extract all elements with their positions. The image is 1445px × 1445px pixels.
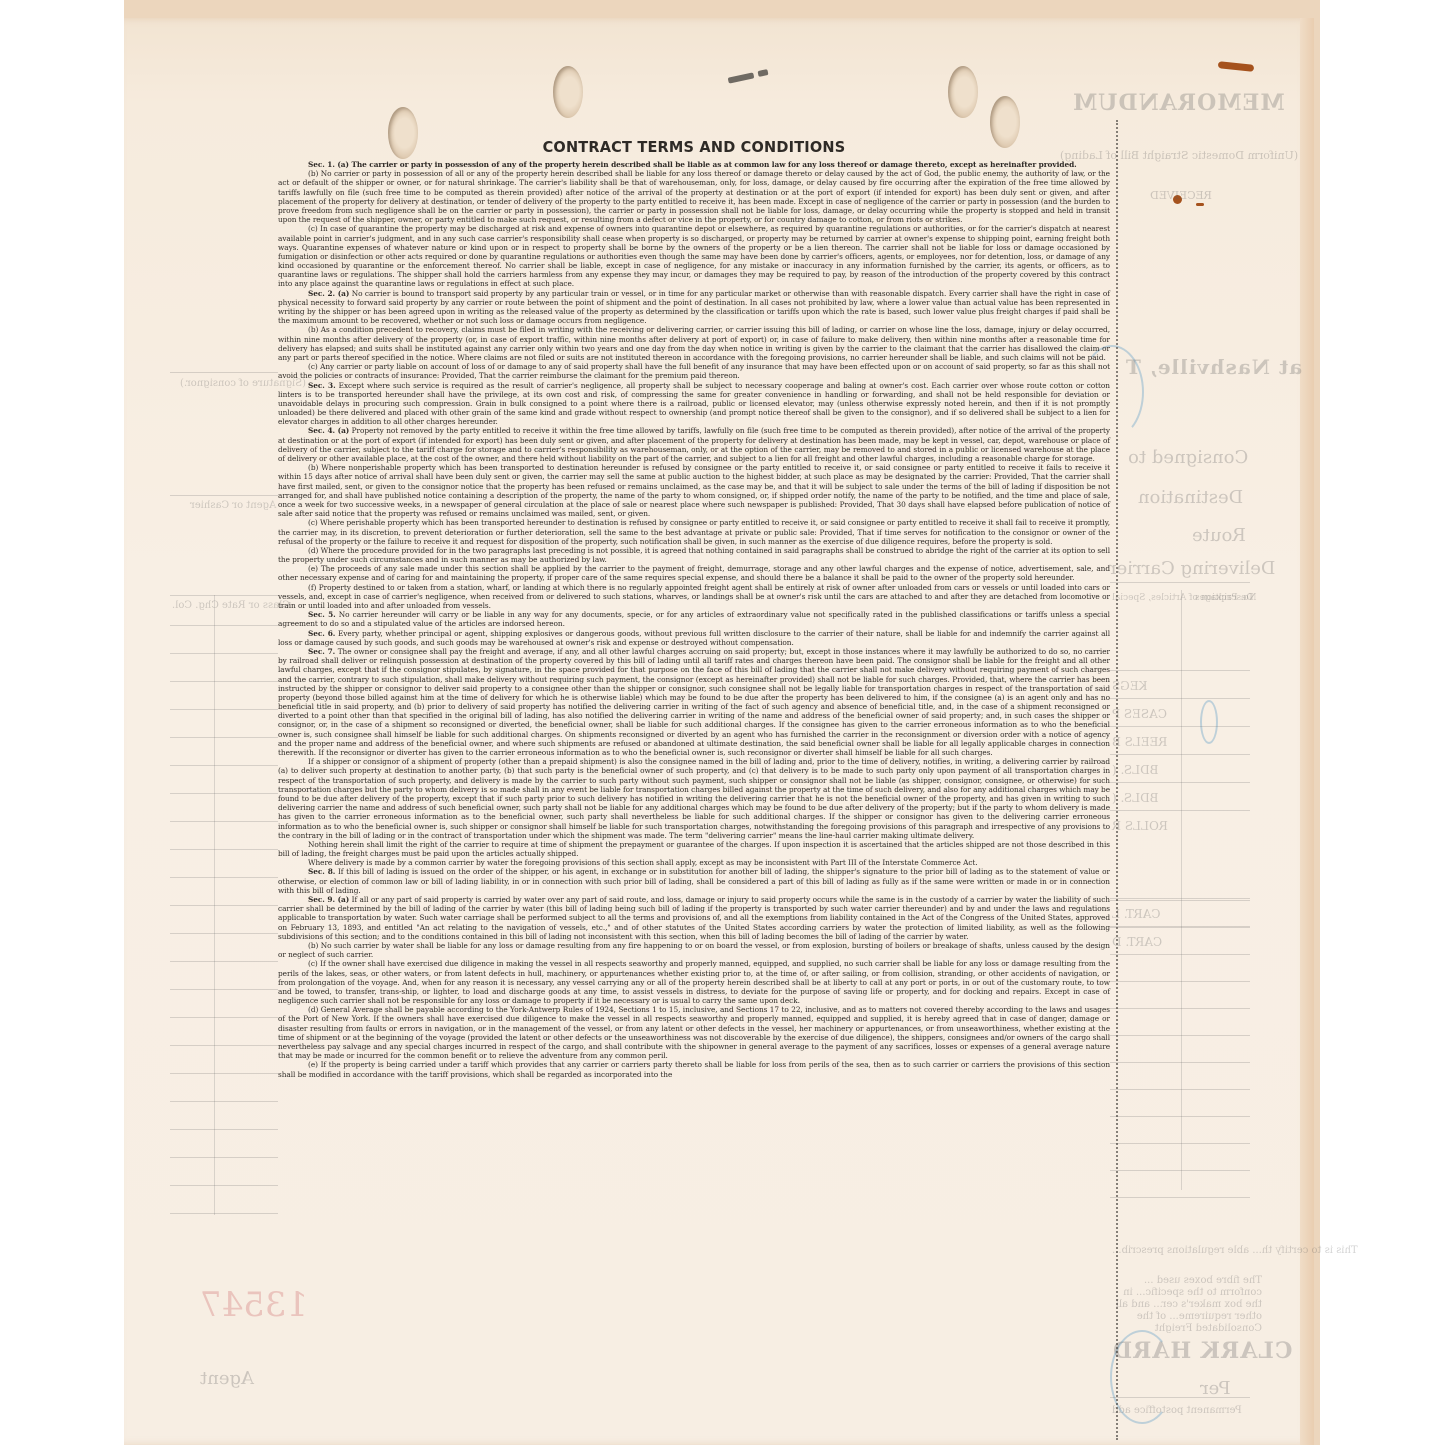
ghost-rule — [170, 1185, 278, 1186]
clause-label: (d) — [308, 546, 318, 555]
clause-s6: Sec. 6. Every party, whether principal o… — [278, 629, 1110, 647]
clause-label: (c) — [308, 224, 318, 233]
clause-text: Where delivery is made by a common carri… — [308, 858, 978, 867]
ghost-rule — [170, 372, 278, 373]
ghost-rule — [1110, 1089, 1250, 1090]
clause-s4f: (f) Property destined to or taken from a… — [278, 583, 1110, 611]
ghost-rule — [1110, 670, 1250, 671]
perforation-line — [1116, 120, 1118, 1440]
clause-text: If the property is being carried under a… — [278, 1060, 1110, 1078]
ghost-col-divider — [1181, 590, 1182, 1190]
clause-text: No carrier is bound to transport said pr… — [278, 289, 1110, 326]
clause-text: Where the procedure provided for in the … — [278, 546, 1110, 564]
ghost-rule — [1110, 782, 1250, 783]
clause-text: As a condition precedent to recovery, cl… — [278, 325, 1110, 362]
clause-text: No carrier hereunder will carry or be li… — [278, 610, 1110, 628]
clause-s1c: (c) In case of quarantine the property m… — [278, 224, 1110, 288]
clause-label: (b) — [308, 169, 318, 178]
clause-s1a: Sec. 1. (a) The carrier or party in poss… — [278, 160, 1110, 169]
contract-terms: CONTRACT TERMS AND CONDITIONS Sec. 1. (a… — [278, 140, 1110, 1079]
ghost-rule — [1110, 1116, 1250, 1117]
clause-text: If a shipper or consignor of a shipment … — [278, 757, 1110, 840]
clause-text: Nothing herein shall limit the right of … — [278, 840, 1110, 858]
ghost-location: at Nashville, T — [1125, 355, 1302, 379]
clause-label: Sec. 5. — [308, 610, 336, 619]
clause-s9d: (d) General Average shall be payable acc… — [278, 1005, 1110, 1060]
clause-s9b: (b) No such carrier by water shall be li… — [278, 941, 1110, 959]
punch-hole-icon — [948, 66, 978, 118]
clause-s8: Sec. 8. If this bill of lading is issued… — [278, 867, 1110, 895]
ghost-rule — [170, 653, 278, 654]
clause-label: (e) — [308, 564, 318, 573]
ghost-rule — [170, 737, 278, 738]
clause-text: Where nonperishable property which has b… — [278, 463, 1110, 518]
clause-label: (b) — [308, 941, 318, 950]
clause-text: In case of quarantine the property may b… — [278, 224, 1110, 288]
ghost-rule — [1110, 900, 1250, 901]
scanned-document: MEMORANDUM (Uniform Domestic Straight Bi… — [0, 0, 1445, 1445]
clause-label: Sec. 7. — [308, 647, 335, 656]
ghost-rule — [170, 1129, 278, 1130]
clause-s5: Sec. 5. No carrier hereunder will carry … — [278, 610, 1110, 628]
ghost-rule — [170, 765, 278, 766]
ghost-rule — [170, 905, 278, 906]
clause-s4a: Sec. 4. (a) Property not removed by the … — [278, 426, 1110, 463]
ghost-rule — [170, 1101, 278, 1102]
ghost-rule — [1110, 582, 1250, 583]
ghost-chg-col: Chg. Col. — [172, 600, 219, 612]
clause-text: Property not removed by the party entitl… — [278, 426, 1110, 463]
ghost-rule — [170, 1213, 278, 1214]
ghost-stamp-number: 13547 — [200, 1285, 308, 1325]
ghost-field-destination: Destination — [1138, 487, 1243, 508]
clause-text: Every party, whether principal or agent,… — [278, 629, 1110, 647]
clause-s2a: Sec. 2. (a) No carrier is bound to trans… — [278, 289, 1110, 326]
clause-label: Sec. 2. (a) — [308, 289, 349, 298]
clause-s9c: (c) If the owner shall have exercised du… — [278, 959, 1110, 1005]
ghost-field-consigned: Consigned to — [1128, 447, 1248, 468]
clause-s7: Sec. 7. The owner or consignee shall pay… — [278, 647, 1110, 757]
ghost-rule — [1110, 1170, 1250, 1171]
ghost-rule — [1110, 954, 1250, 955]
ghost-heading: MEMORANDUM — [1072, 90, 1285, 116]
clause-text: The carrier or party in possession of an… — [351, 160, 1076, 169]
ghost-rule — [1110, 1143, 1250, 1144]
ghost-agent-label: Agent — [200, 1368, 254, 1389]
clause-s1b: (b) No carrier or party in possession of… — [278, 169, 1110, 224]
clause-label: Sec. 9. (a) — [308, 895, 349, 904]
rust-stain-icon — [1196, 203, 1204, 206]
clause-label: Sec. 3. — [308, 381, 336, 390]
ghost-rule — [1110, 1397, 1250, 1398]
clause-text: If this bill of lading is issued on the … — [278, 867, 1110, 894]
clause-text: Any carrier or party liable on account o… — [278, 362, 1110, 380]
ghost-table-row: CASES P — [1112, 708, 1167, 720]
paper-edge — [1300, 18, 1314, 1445]
ghost-rule — [170, 933, 278, 934]
clause-label: (e) — [308, 1060, 318, 1069]
document-title: CONTRACT TERMS AND CONDITIONS — [278, 140, 1110, 157]
clause-s2c: (c) Any carrier or party liable on accou… — [278, 362, 1110, 380]
ghost-rule — [1110, 898, 1250, 899]
clause-text: The proceeds of any sale made under this… — [278, 564, 1110, 582]
ghost-received-label: RECEIVED — [1150, 190, 1212, 202]
ghost-table-row: CART. L — [1112, 908, 1161, 920]
clause-text: Except where such service is required as… — [278, 381, 1110, 427]
clause-s7p2: If a shipper or consignor of a shipment … — [278, 757, 1110, 840]
ghost-rule — [1110, 1008, 1250, 1009]
clause-s4c: (c) Where perishable property which has … — [278, 518, 1110, 546]
ghost-rule — [170, 595, 278, 596]
ghost-company: CLARK HARD — [1112, 1338, 1292, 1364]
clause-s4e: (e) The proceeds of any sale made under … — [278, 564, 1110, 582]
ghost-field-route: Route — [1192, 525, 1246, 546]
ghost-table-row: BDLS. ( — [1112, 764, 1159, 776]
ghost-rule — [170, 625, 278, 626]
blue-pencil-mark — [1200, 700, 1218, 744]
ghost-agent-cashier: Agent or Cashier — [190, 500, 276, 512]
clause-text: If all or any part of said property is c… — [278, 895, 1110, 941]
ghost-rule — [1110, 927, 1250, 928]
clause-text: No such carrier by water shall be liable… — [278, 941, 1110, 959]
clause-s7p3: Nothing herein shall limit the right of … — [278, 840, 1110, 858]
ghost-table-row: BDLS. ( — [1112, 792, 1159, 804]
ghost-rule — [170, 709, 278, 710]
clause-s4b: (b) Where nonperishable property which h… — [278, 463, 1110, 518]
ghost-rule — [170, 793, 278, 794]
ghost-rule — [170, 989, 278, 990]
ghost-rule — [1110, 1035, 1250, 1036]
clause-label: (c) — [308, 362, 318, 371]
ghost-rule — [1110, 810, 1250, 811]
clause-label: Sec. 4. (a) — [308, 426, 349, 435]
ghost-table-row: ROLLS R — [1112, 820, 1168, 832]
ghost-table-row: REELS B — [1112, 736, 1167, 748]
ghost-field-delivering-carrier: Delivering Carrier — [1108, 558, 1275, 579]
clause-text: No carrier or party in possession of all… — [278, 169, 1110, 224]
clause-label: (f) — [308, 583, 316, 592]
clause-label: (b) — [308, 463, 318, 472]
clause-s7p4: Where delivery is made by a common carri… — [278, 858, 1110, 867]
ghost-rule — [170, 681, 278, 682]
ghost-table-row: CART. D — [1112, 936, 1162, 948]
clause-text: Property destined to or taken from a sta… — [278, 583, 1110, 610]
punch-hole-icon — [553, 66, 583, 118]
ghost-rule — [170, 877, 278, 878]
ghost-permanent-label: Permanent postoffice add — [1112, 1405, 1242, 1417]
clause-s3: Sec. 3. Except where such service is req… — [278, 381, 1110, 427]
clause-label: Sec. 6. — [308, 629, 335, 638]
ghost-rule — [1110, 981, 1250, 982]
ghost-rule — [170, 849, 278, 850]
clause-s9e: (e) If the property is being carried und… — [278, 1060, 1110, 1078]
clause-label: Sec. 1. (a) — [308, 160, 349, 169]
clause-text: General Average shall be payable accordi… — [278, 1005, 1110, 1060]
ghost-rule — [170, 1157, 278, 1158]
ghost-rule — [1110, 1062, 1250, 1063]
ghost-rule — [170, 961, 278, 962]
ghost-rule — [170, 1073, 278, 1074]
ghost-rule — [170, 821, 278, 822]
clause-label: (c) — [308, 959, 318, 968]
ghost-rule — [170, 1017, 278, 1018]
ghost-signature-label: Per — [1200, 1378, 1231, 1399]
clause-text: The owner or consignee shall pay the fre… — [278, 647, 1110, 757]
clause-s2b: (b) As a condition precedent to recovery… — [278, 325, 1110, 362]
clause-label: (d) — [308, 1005, 318, 1014]
ghost-rule — [1110, 698, 1250, 699]
clause-label: (b) — [308, 325, 318, 334]
clause-s9a: Sec. 9. (a) If all or any part of said p… — [278, 895, 1110, 941]
ghost-rule — [170, 1045, 278, 1046]
ghost-col-header: No. Packages — [1195, 592, 1256, 604]
clause-label: (c) — [308, 518, 318, 527]
ghost-rule — [1110, 726, 1250, 727]
ghost-rule — [170, 495, 278, 496]
clause-label: Sec. 8. — [308, 867, 335, 876]
sections-container: Sec. 1. (a) The carrier or party in poss… — [278, 160, 1110, 1079]
clause-text: If the owner shall have exercised due di… — [278, 959, 1110, 1005]
clause-text: Where perishable property which has been… — [278, 518, 1110, 545]
ghost-rule — [1110, 1197, 1250, 1198]
ghost-fibre-text: The fibre boxes used ... conform to the … — [1112, 1275, 1262, 1335]
clause-s4d: (d) Where the procedure provided for in … — [278, 546, 1110, 564]
ghost-certify-text: This is to certify th... able regulation… — [1112, 1245, 1358, 1257]
ghost-rule — [1110, 754, 1250, 755]
